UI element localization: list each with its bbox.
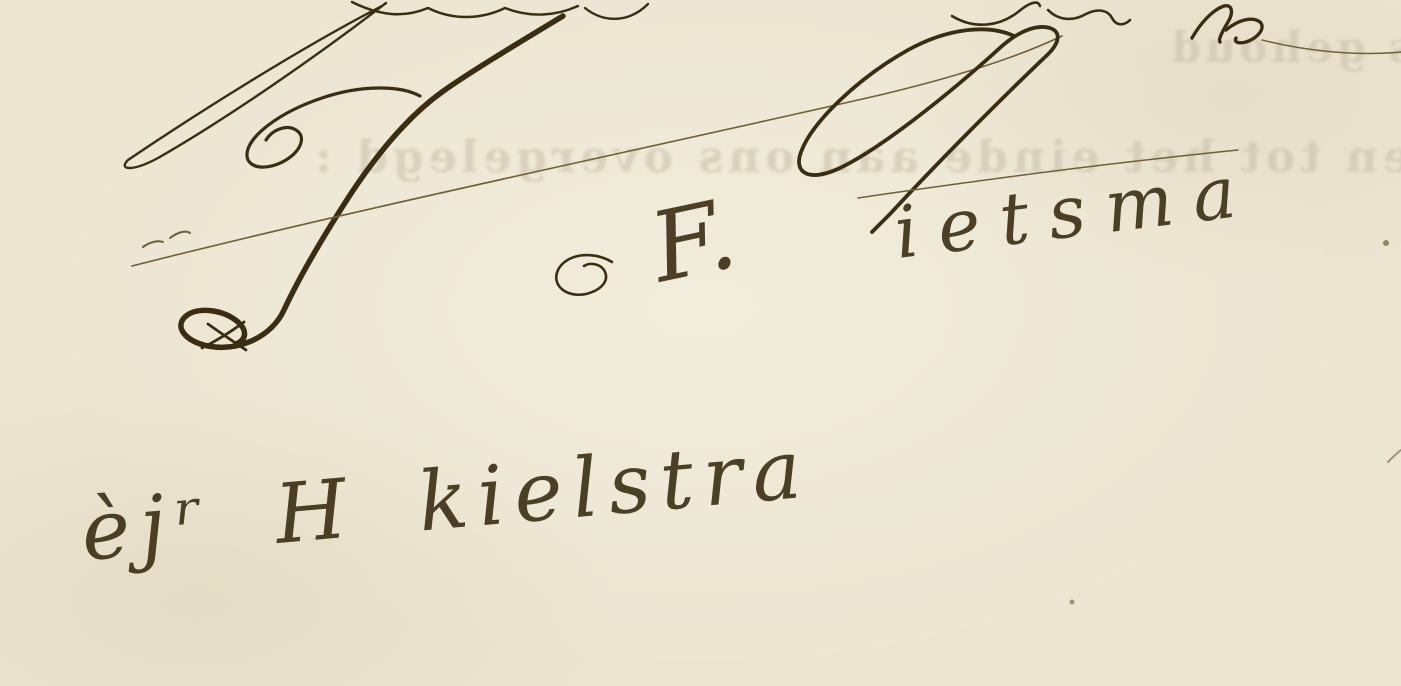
connector-e-curl (556, 255, 612, 295)
ink-specks (1070, 450, 1401, 605)
signature-initial-text: F. (640, 178, 746, 305)
cut-off-top-writing-stroke-3 (952, 3, 1130, 25)
bottom-handwritten-line: èjʳ H kielstra (77, 421, 814, 579)
manuscript-scan: is gehoud aten tot het einde aan ons ove… (0, 0, 1401, 686)
ink-speck-1 (1070, 600, 1075, 605)
signature-period-dot (1383, 240, 1389, 246)
handwriting-layer: is gehoud aten tot het einde aan ons ove… (0, 0, 1401, 686)
flourish-dash-marks (143, 232, 190, 247)
bleed-through-line-1: is gehoud (1168, 23, 1401, 72)
bottom-line-text: èjʳ H kielstra (77, 421, 814, 579)
ink-speck-2 (1388, 450, 1401, 462)
cut-off-top-writing-stroke-2 (585, 4, 648, 19)
